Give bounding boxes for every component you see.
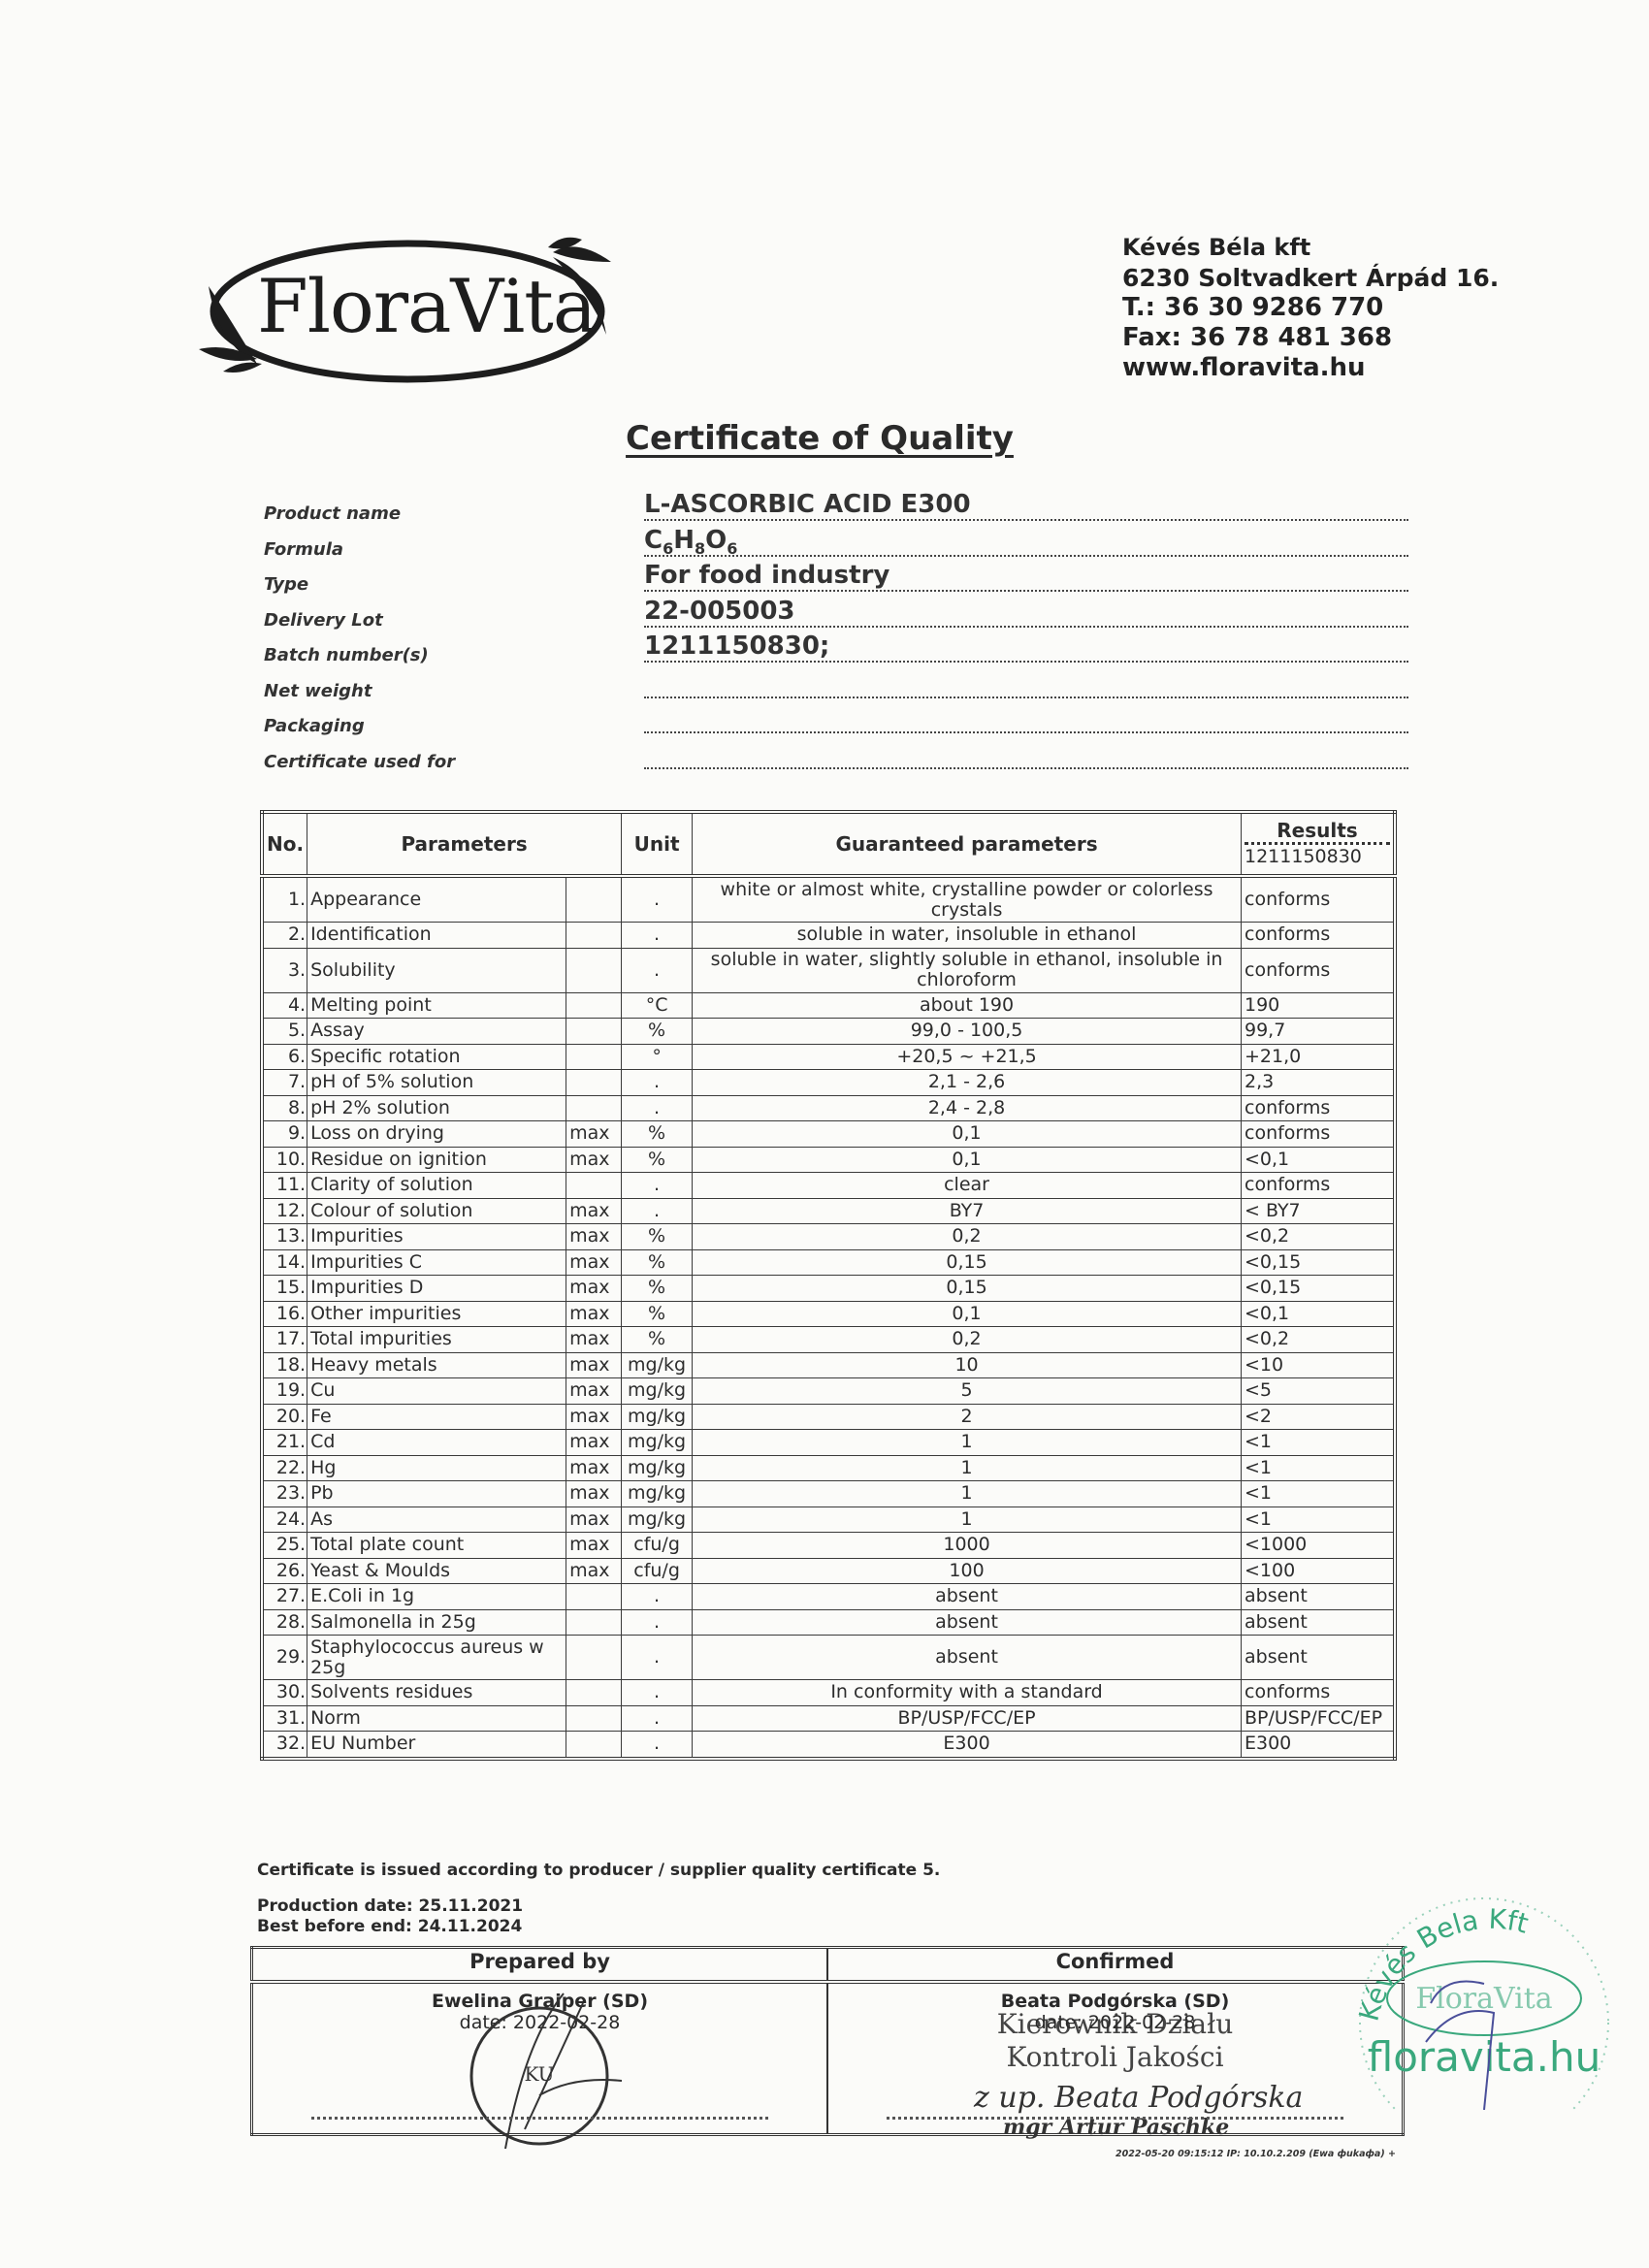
result-value: <1000 [1242, 1533, 1396, 1559]
results-batch: 1211150830 [1245, 845, 1390, 867]
production-date: Production date: 25.11.2021 [257, 1896, 523, 1917]
unit: % [622, 1224, 693, 1250]
guaranteed-value: 99,0 - 100,5 [693, 1019, 1242, 1045]
confirmed-date: date: 2022-02-28 [829, 2012, 1401, 2033]
limit [566, 992, 622, 1019]
parameter-name: Cu [307, 1378, 566, 1405]
guaranteed-value: 1 [693, 1481, 1242, 1507]
result-value: <1 [1242, 1430, 1396, 1456]
result-value: conforms [1242, 923, 1396, 949]
guaranteed-value: 1 [693, 1455, 1242, 1481]
guaranteed-value: white or almost white, crystalline powde… [693, 876, 1242, 923]
result-value: <1 [1242, 1455, 1396, 1481]
limit [566, 1705, 622, 1732]
value: L-ASCORBIC ACID E300 [644, 490, 971, 519]
unit: mg/kg [622, 1481, 693, 1507]
limit: max [566, 1352, 622, 1378]
row-number: 32. [262, 1732, 307, 1759]
handwritten-signature: z up. Beata Podgórska [974, 2081, 1303, 2115]
header-guaranteed: Guaranteed parameters [693, 812, 1242, 876]
parameter-name: Staphylococcus aureus w 25g [307, 1636, 566, 1680]
row-number: 7. [262, 1070, 307, 1096]
result-value: conforms [1242, 1095, 1396, 1121]
parameter-name: Solvents residues [307, 1680, 566, 1706]
quality-parameters-table: No. Parameters Unit Guaranteed parameter… [260, 810, 1397, 1761]
row-number: 29. [262, 1636, 307, 1680]
limit: max [566, 1378, 622, 1405]
company-stamp-icon: Kévés Bela Kft FloraVita floravita.hu [1339, 1877, 1630, 2110]
guaranteed-value: absent [693, 1609, 1242, 1636]
limit [566, 876, 622, 923]
limit: max [566, 1327, 622, 1353]
result-value: conforms [1242, 948, 1396, 992]
result-value: E300 [1242, 1732, 1396, 1759]
unit: . [622, 1732, 693, 1759]
limit [566, 1044, 622, 1070]
result-value: conforms [1242, 1680, 1396, 1706]
unit: % [622, 1019, 693, 1045]
result-value: <10 [1242, 1352, 1396, 1378]
result-value: <0,1 [1242, 1301, 1396, 1327]
limit [566, 1584, 622, 1610]
unit: . [622, 1070, 693, 1096]
table-row: 29.Staphylococcus aureus w 25g.absentabs… [262, 1636, 1395, 1680]
parameter-name: Norm [307, 1705, 566, 1732]
parameter-name: Clarity of solution [307, 1173, 566, 1199]
table-row: 14.Impurities Cmax%0,15<0,15 [262, 1249, 1395, 1276]
result-value: <0,2 [1242, 1224, 1396, 1250]
row-number: 28. [262, 1609, 307, 1636]
value: 1211150830; [644, 632, 829, 661]
floravita-logo: FloraVita [189, 228, 626, 393]
confirmed-header: Confirmed [827, 1948, 1404, 1983]
limit: max [566, 1224, 622, 1250]
limit: max [566, 1455, 622, 1481]
print-timestamp: 2022-05-20 09:15:12 IP: 10.10.2.209 (Ewa… [1115, 2149, 1396, 2159]
unit: . [622, 876, 693, 923]
document-title: Certificate of Quality [626, 419, 1014, 458]
guaranteed-value: In conformity with a standard [693, 1680, 1242, 1706]
result-value: conforms [1242, 1121, 1396, 1148]
unit: mg/kg [622, 1404, 693, 1430]
label: Net weight [264, 681, 372, 701]
unit: . [622, 923, 693, 949]
result-value: absent [1242, 1636, 1396, 1680]
result-value: <0,15 [1242, 1249, 1396, 1276]
table-row: 16.Other impuritiesmax%0,1<0,1 [262, 1301, 1395, 1327]
label: Certificate used for [264, 752, 455, 772]
guaranteed-value: 0,2 [693, 1224, 1242, 1250]
svg-text:floravita.hu: floravita.hu [1368, 2033, 1600, 2081]
table-row: 19.Cumaxmg/kg5<5 [262, 1378, 1395, 1405]
round-stamp-icon: KU [447, 1984, 641, 2178]
table-row: 30.Solvents residues.In conformity with … [262, 1680, 1395, 1706]
row-number: 15. [262, 1276, 307, 1302]
table-row: 22.Hgmaxmg/kg1<1 [262, 1455, 1395, 1481]
unit: . [622, 1198, 693, 1224]
parameter-name: Impurities C [307, 1249, 566, 1276]
best-before-date: Best before end: 24.11.2024 [257, 1917, 523, 1937]
confirmed-date-wrap: Kierownik Działu date: 2022-02-28 [829, 2012, 1401, 2041]
header-unit: Unit [622, 812, 693, 876]
table-row: 13.Impuritiesmax%0,2<0,2 [262, 1224, 1395, 1250]
row-number: 12. [262, 1198, 307, 1224]
unit: . [622, 1609, 693, 1636]
parameter-name: Solubility [307, 948, 566, 992]
table-row: 21.Cdmaxmg/kg1<1 [262, 1430, 1395, 1456]
row-number: 18. [262, 1352, 307, 1378]
unit: . [622, 1705, 693, 1732]
row-number: 16. [262, 1301, 307, 1327]
table-row: 23.Pbmaxmg/kg1<1 [262, 1481, 1395, 1507]
row-number: 23. [262, 1481, 307, 1507]
row-number: 24. [262, 1507, 307, 1533]
table-row: 10.Residue on ignitionmax%0,1<0,1 [262, 1147, 1395, 1173]
guaranteed-value: absent [693, 1584, 1242, 1610]
signature-dotted-line [887, 2117, 1343, 2120]
limit [566, 1070, 622, 1096]
header-parameters: Parameters [307, 812, 622, 876]
result-value: absent [1242, 1584, 1396, 1610]
unit: . [622, 1095, 693, 1121]
row-number: 9. [262, 1121, 307, 1148]
parameter-name: Impurities [307, 1224, 566, 1250]
table-row: 1.Appearance.white or almost white, crys… [262, 876, 1395, 923]
parameter-name: Melting point [307, 992, 566, 1019]
label: Product name [264, 503, 401, 524]
guaranteed-value: 5 [693, 1378, 1242, 1405]
guaranteed-value: 0,15 [693, 1249, 1242, 1276]
result-value: <2 [1242, 1404, 1396, 1430]
result-value: absent [1242, 1609, 1396, 1636]
parameter-name: Hg [307, 1455, 566, 1481]
label: Packaging [264, 716, 365, 736]
row-number: 25. [262, 1533, 307, 1559]
row-number: 27. [262, 1584, 307, 1610]
limit [566, 1609, 622, 1636]
unit: ° [622, 1044, 693, 1070]
label: Batch number(s) [264, 645, 429, 665]
dotted-line [644, 731, 1408, 733]
row-number: 1. [262, 876, 307, 923]
row-number: 31. [262, 1705, 307, 1732]
table-row: 8.pH 2% solution.2,4 - 2,8conforms [262, 1095, 1395, 1121]
table-row: 24.Asmaxmg/kg1<1 [262, 1507, 1395, 1533]
result-value: <0,1 [1242, 1147, 1396, 1173]
limit: max [566, 1276, 622, 1302]
company-address: 6230 Soltvadkert Árpád 16. [1122, 263, 1499, 293]
company-fax: Fax: 36 78 481 368 [1122, 323, 1499, 353]
company-info: Kévés Béla kft 6230 Soltvadkert Árpád 16… [1122, 233, 1499, 383]
result-value: +21,0 [1242, 1044, 1396, 1070]
row-number: 13. [262, 1224, 307, 1250]
row-number: 30. [262, 1680, 307, 1706]
guaranteed-value: soluble in water, insoluble in ethanol [693, 923, 1242, 949]
unit: . [622, 1680, 693, 1706]
guaranteed-value: 2,4 - 2,8 [693, 1095, 1242, 1121]
company-name: Kévés Béla kft [1122, 233, 1499, 263]
result-value: <0,2 [1242, 1327, 1396, 1353]
guaranteed-value: 1 [693, 1430, 1242, 1456]
row-number: 22. [262, 1455, 307, 1481]
table-row: 11.Clarity of solution.clearconforms [262, 1173, 1395, 1199]
table-row: 7.pH of 5% solution.2,1 - 2,62,3 [262, 1070, 1395, 1096]
guaranteed-value: +20,5 ~ +21,5 [693, 1044, 1242, 1070]
prepared-by-cell: Ewelina Graiper (SD) date: 2022-02-28 KU [252, 1982, 828, 2135]
parameter-name: Loss on drying [307, 1121, 566, 1148]
table-row: 15.Impurities Dmax%0,15<0,15 [262, 1276, 1395, 1302]
table-row: 3.Solubility.soluble in water, slightly … [262, 948, 1395, 992]
row-number: 14. [262, 1249, 307, 1276]
limit: max [566, 1147, 622, 1173]
parameter-name: Salmonella in 25g [307, 1609, 566, 1636]
parameter-name: EU Number [307, 1732, 566, 1759]
certificate-note: Certificate is issued according to produ… [257, 1861, 940, 1880]
result-value: 2,3 [1242, 1070, 1396, 1096]
company-stamp: Kévés Bela Kft FloraVita floravita.hu [1339, 1877, 1630, 2110]
info-packaging: Packaging [264, 702, 1408, 738]
parameter-name: Pb [307, 1481, 566, 1507]
dotted-line [644, 519, 1408, 521]
parameter-name: As [307, 1507, 566, 1533]
table-row: 4.Melting point°Cabout 190190 [262, 992, 1395, 1019]
table-row: 5.Assay%99,0 - 100,599,7 [262, 1019, 1395, 1045]
stamp-line-2: Kontroli Jakości [829, 2041, 1401, 2073]
guaranteed-value: clear [693, 1173, 1242, 1199]
row-number: 4. [262, 992, 307, 1019]
value: For food industry [644, 561, 889, 590]
guaranteed-value: 2 [693, 1404, 1242, 1430]
parameter-name: Total plate count [307, 1533, 566, 1559]
guaranteed-value: 10 [693, 1352, 1242, 1378]
company-phone: T.: 36 30 9286 770 [1122, 293, 1499, 323]
info-net-weight: Net weight [264, 667, 1408, 703]
row-number: 11. [262, 1173, 307, 1199]
row-number: 2. [262, 923, 307, 949]
guaranteed-value: 1 [693, 1507, 1242, 1533]
info-batch-numbers: Batch number(s) 1211150830; [264, 632, 1408, 667]
table-row: 18.Heavy metalsmaxmg/kg10<10 [262, 1352, 1395, 1378]
dotted-line [644, 697, 1408, 698]
result-value: 99,7 [1242, 1019, 1396, 1045]
dotted-line [644, 626, 1408, 628]
limit: max [566, 1121, 622, 1148]
guaranteed-value: soluble in water, slightly soluble in et… [693, 948, 1242, 992]
unit: . [622, 1173, 693, 1199]
guaranteed-value: 1000 [693, 1533, 1242, 1559]
dotted-line [644, 661, 1408, 663]
guaranteed-value: 0,1 [693, 1147, 1242, 1173]
limit: max [566, 1481, 622, 1507]
parameter-name: Specific rotation [307, 1044, 566, 1070]
company-website: www.floravita.hu [1122, 353, 1499, 383]
table-row: 25.Total plate countmaxcfu/g1000<1000 [262, 1533, 1395, 1559]
limit [566, 1173, 622, 1199]
table-row: 20.Femaxmg/kg2<2 [262, 1404, 1395, 1430]
label: Delivery Lot [264, 610, 383, 631]
logo-text: FloraVita [257, 263, 596, 349]
result-value: conforms [1242, 1173, 1396, 1199]
table-body: 1.Appearance.white or almost white, crys… [262, 876, 1395, 1759]
unit: mg/kg [622, 1507, 693, 1533]
result-value: <0,15 [1242, 1276, 1396, 1302]
unit: °C [622, 992, 693, 1019]
table-row: 32.EU Number.E300E300 [262, 1732, 1395, 1759]
unit: cfu/g [622, 1533, 693, 1559]
row-number: 21. [262, 1430, 307, 1456]
guaranteed-value: BP/USP/FCC/EP [693, 1705, 1242, 1732]
row-number: 19. [262, 1378, 307, 1405]
limit: max [566, 1249, 622, 1276]
table-row: 9.Loss on dryingmax%0,1conforms [262, 1121, 1395, 1148]
table-row: 26.Yeast & Mouldsmaxcfu/g100<100 [262, 1558, 1395, 1584]
result-value: BP/USP/FCC/EP [1242, 1705, 1396, 1732]
limit [566, 1732, 622, 1759]
unit: % [622, 1327, 693, 1353]
limit: max [566, 1301, 622, 1327]
label: Type [264, 574, 308, 595]
limit: max [566, 1533, 622, 1559]
dotted-line [644, 555, 1408, 557]
row-number: 5. [262, 1019, 307, 1045]
limit: max [566, 1404, 622, 1430]
info-delivery-lot: Delivery Lot 22-005003 [264, 597, 1408, 632]
result-value: <100 [1242, 1558, 1396, 1584]
unit: mg/kg [622, 1455, 693, 1481]
unit: % [622, 1249, 693, 1276]
parameter-name: Identification [307, 923, 566, 949]
table-row: 27.E.Coli in 1g.absentabsent [262, 1584, 1395, 1610]
limit [566, 948, 622, 992]
result-value: <1 [1242, 1507, 1396, 1533]
limit [566, 1636, 622, 1680]
guaranteed-value: 0,15 [693, 1276, 1242, 1302]
parameter-name: Other impurities [307, 1301, 566, 1327]
result-value: 190 [1242, 992, 1396, 1019]
table-header-row: No. Parameters Unit Guaranteed parameter… [262, 812, 1395, 876]
parameter-name: Heavy metals [307, 1352, 566, 1378]
guaranteed-value: BY7 [693, 1198, 1242, 1224]
result-value: conforms [1242, 876, 1396, 923]
guaranteed-value: 100 [693, 1558, 1242, 1584]
parameter-name: Fe [307, 1404, 566, 1430]
info-product-name: Product name L-ASCORBIC ACID E300 [264, 490, 1408, 526]
parameter-name: Assay [307, 1019, 566, 1045]
results-label: Results [1245, 821, 1390, 845]
dates-block: Production date: 25.11.2021 Best before … [257, 1896, 523, 1937]
limit: max [566, 1558, 622, 1584]
limit [566, 1019, 622, 1045]
guaranteed-value: 0,2 [693, 1327, 1242, 1353]
parameter-name: pH 2% solution [307, 1095, 566, 1121]
limit [566, 923, 622, 949]
unit: % [622, 1301, 693, 1327]
parameter-name: Appearance [307, 876, 566, 923]
info-certificate-used-for: Certificate used for [264, 738, 1408, 774]
unit: % [622, 1147, 693, 1173]
header-results: Results 1211150830 [1242, 812, 1396, 876]
formula-value: C6H8O6 [644, 526, 737, 558]
unit: % [622, 1121, 693, 1148]
info-formula: Formula C6H8O6 [264, 526, 1408, 562]
signature-table: Prepared by Confirmed Ewelina Graiper (S… [250, 1946, 1405, 2136]
table-row: 17.Total impuritiesmax%0,2<0,2 [262, 1327, 1395, 1353]
unit: % [622, 1276, 693, 1302]
unit: mg/kg [622, 1378, 693, 1405]
guaranteed-value: 0,1 [693, 1301, 1242, 1327]
row-number: 6. [262, 1044, 307, 1070]
guaranteed-value: absent [693, 1636, 1242, 1680]
unit: mg/kg [622, 1352, 693, 1378]
parameter-name: Total impurities [307, 1327, 566, 1353]
parameter-name: E.Coli in 1g [307, 1584, 566, 1610]
parameter-name: Cd [307, 1430, 566, 1456]
limit: max [566, 1430, 622, 1456]
result-value: <5 [1242, 1378, 1396, 1405]
table-row: 31.Norm.BP/USP/FCC/EPBP/USP/FCC/EP [262, 1705, 1395, 1732]
parameter-name: Colour of solution [307, 1198, 566, 1224]
value: 22-005003 [644, 597, 795, 626]
row-number: 3. [262, 948, 307, 992]
table-row: 6.Specific rotation°+20,5 ~ +21,5+21,0 [262, 1044, 1395, 1070]
parameter-name: Residue on ignition [307, 1147, 566, 1173]
row-number: 10. [262, 1147, 307, 1173]
document-title-wrap: Certificate of Quality [0, 419, 1649, 458]
limit: max [566, 1198, 622, 1224]
parameter-name: Yeast & Moulds [307, 1558, 566, 1584]
prepared-by-header: Prepared by [252, 1948, 828, 1983]
row-number: 8. [262, 1095, 307, 1121]
unit: . [622, 1584, 693, 1610]
unit: mg/kg [622, 1430, 693, 1456]
unit: . [622, 1636, 693, 1680]
table-row: 28.Salmonella in 25g.absentabsent [262, 1609, 1395, 1636]
product-info: Product name L-ASCORBIC ACID E300 Formul… [264, 490, 1408, 773]
row-number: 17. [262, 1327, 307, 1353]
unit: cfu/g [622, 1558, 693, 1584]
row-number: 26. [262, 1558, 307, 1584]
dotted-line [644, 590, 1408, 592]
dotted-line [644, 767, 1408, 769]
unit: . [622, 948, 693, 992]
signature-dotted-line [311, 2117, 768, 2120]
row-number: 20. [262, 1404, 307, 1430]
guaranteed-value: about 190 [693, 992, 1242, 1019]
parameter-name: pH of 5% solution [307, 1070, 566, 1096]
result-value: < BY7 [1242, 1198, 1396, 1224]
table-row: 2.Identification.soluble in water, insol… [262, 923, 1395, 949]
guaranteed-value: E300 [693, 1732, 1242, 1759]
header-no: No. [262, 812, 307, 876]
table-row: 12.Colour of solutionmax.BY7< BY7 [262, 1198, 1395, 1224]
parameter-name: Impurities D [307, 1276, 566, 1302]
result-value: <1 [1242, 1481, 1396, 1507]
info-type: Type For food industry [264, 561, 1408, 597]
limit [566, 1095, 622, 1121]
guaranteed-value: 0,1 [693, 1121, 1242, 1148]
label: Formula [264, 539, 343, 560]
confirmed-cell: Beata Podgórska (SD) Kierownik Działu da… [827, 1982, 1404, 2135]
limit: max [566, 1507, 622, 1533]
guaranteed-value: 2,1 - 2,6 [693, 1070, 1242, 1096]
limit [566, 1680, 622, 1706]
